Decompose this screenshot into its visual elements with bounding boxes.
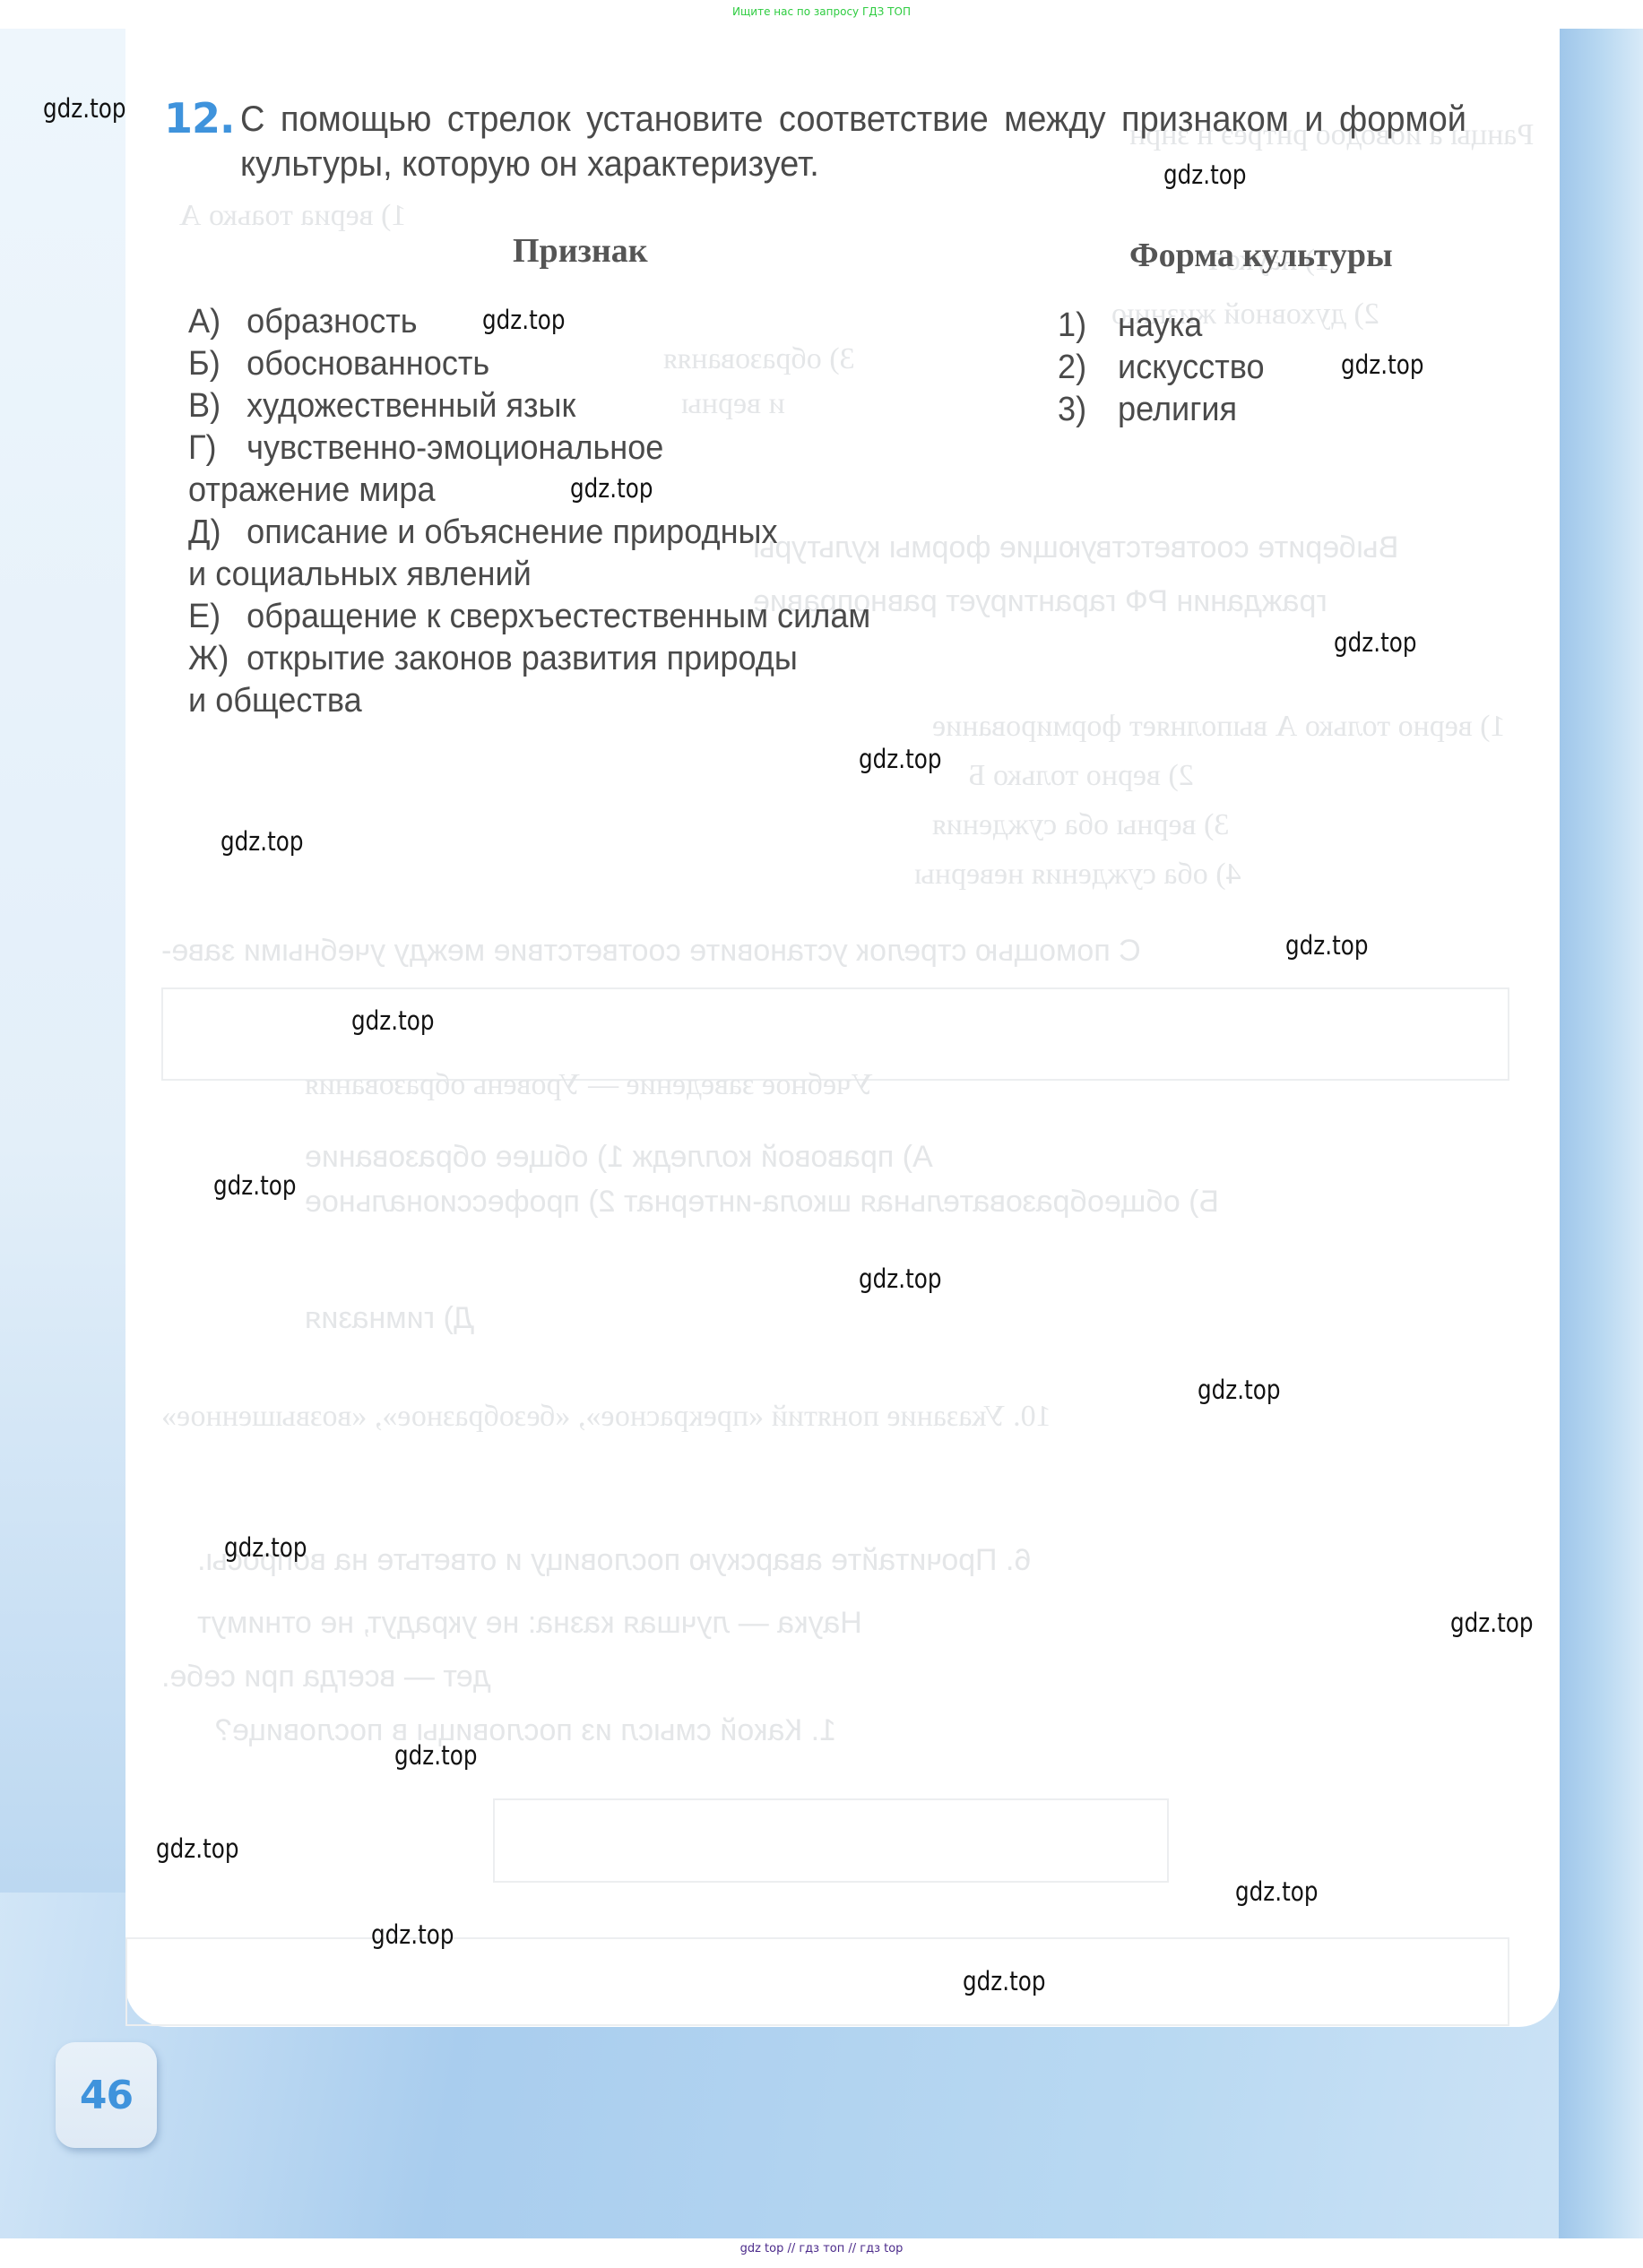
form-label: 1) — [1058, 305, 1109, 347]
feature-item: Д) описание и объяснение природных — [188, 512, 870, 554]
form-label: 2) — [1058, 347, 1109, 389]
bleed-through-text: С помощью стрелок установите соответстви… — [161, 934, 1141, 969]
bleed-through-text: А) правовой колледж 1) общее образование — [305, 1140, 933, 1175]
task-instruction: С помощью стрелок установите соответстви… — [240, 97, 1466, 186]
bleed-through-text: 1) вериа тоаько А — [179, 199, 406, 233]
feature-label: Е) — [188, 596, 238, 638]
bleed-through-text: 2) верно только Б — [968, 759, 1194, 793]
feature-text: описание и объяснение природных — [238, 513, 777, 551]
footer-text: gdz top // гдз топ // гдз top — [0, 2242, 1643, 2255]
features-list: А) образностьБ) обоснованностьВ) художес… — [188, 301, 906, 722]
feature-text: художественный язык — [238, 387, 575, 425]
feature-label: Д) — [188, 512, 238, 554]
bleed-through-text: Д) гимназия — [305, 1301, 474, 1336]
bleed-through-text: 3) верны оба суждения — [932, 808, 1229, 842]
feature-item: Е) обращение к сверхъестественным силам — [188, 596, 870, 638]
bleed-through-text: Учебное заведение — Уровень образования — [305, 1068, 873, 1102]
bleed-through-text: 1. Какой смысл из пословицы в пословице? — [215, 1713, 836, 1748]
watermark: gdz.top — [371, 1919, 454, 1950]
form-text: наука — [1109, 306, 1202, 344]
bleed-through-text: 4) оба суждения неверны — [914, 858, 1241, 892]
bleed-through-text: 6. Прочитайте аварскую пословицу и ответ… — [197, 1543, 1031, 1578]
feature-label: В) — [188, 385, 238, 427]
feature-text: обоснованность — [238, 345, 489, 383]
watermark: gdz.top — [1285, 930, 1368, 961]
form-label: 3) — [1058, 389, 1109, 431]
bleed-through-box — [125, 1937, 1509, 2026]
bleed-through-box — [493, 1798, 1169, 1883]
watermark: gdz.top — [859, 744, 941, 774]
watermark: gdz.top — [224, 1532, 307, 1563]
feature-item: Ж) открытие законов развития природы — [188, 638, 870, 680]
bleed-through-text: 10. Указание понятий «прекрасное», «безо… — [161, 1400, 1051, 1434]
watermark: gdz.top — [156, 1833, 238, 1864]
feature-label: А) — [188, 301, 238, 343]
bleed-through-text: Б) общеобразовательная школа-интернат 2)… — [305, 1185, 1219, 1220]
form-item: 1) наука — [1058, 305, 1265, 347]
watermark: gdz.top — [1341, 349, 1423, 380]
page-left-margin — [0, 29, 130, 1893]
feature-label: Ж) — [188, 638, 238, 680]
task-number: 12. — [164, 94, 235, 142]
feature-text-continuation: и общества — [188, 682, 362, 720]
feature-text: образность — [238, 303, 417, 341]
watermark: gdz.top — [859, 1263, 941, 1294]
feature-item: В) художественный язык — [188, 385, 870, 427]
page-number-badge: 46 — [56, 2042, 157, 2148]
forms-list: 1) наука2) искусство3) религия — [1058, 305, 1275, 431]
watermark: gdz.top — [394, 1740, 477, 1771]
watermark: gdz.top — [1235, 1876, 1318, 1907]
feature-item: Г) чувственно-эмоциональное — [188, 427, 870, 470]
form-text: искусство — [1109, 349, 1265, 386]
feature-text-continuation: отражение мира — [188, 471, 436, 509]
watermark: gdz.top — [1334, 627, 1416, 658]
feature-item: Б) обоснованность — [188, 343, 870, 385]
watermark: gdz.top — [482, 305, 565, 335]
feature-text-continuation: и социальных явлений — [188, 556, 532, 593]
features-heading: Признак — [513, 231, 648, 271]
watermark: gdz.top — [43, 93, 125, 124]
watermark: gdz.top — [213, 1170, 296, 1201]
watermark: gdz.top — [1198, 1375, 1280, 1405]
feature-text: чувственно-эмоциональное — [238, 429, 663, 467]
watermark: gdz.top — [1163, 160, 1246, 190]
feature-item: и общества — [188, 680, 870, 722]
watermark: gdz.top — [221, 826, 303, 857]
bleed-through-text: дет — всегда при себе. — [161, 1660, 490, 1695]
form-text: религия — [1109, 391, 1237, 428]
feature-label: Г) — [188, 427, 238, 470]
watermark: gdz.top — [351, 1005, 434, 1036]
page-number: 46 — [80, 2073, 133, 2118]
watermark: gdz.top — [963, 1966, 1045, 1996]
form-item: 2) искусство — [1058, 347, 1265, 389]
bleed-through-text: Наука — лучшая казна: не украдут, не отн… — [197, 1606, 862, 1641]
feature-label: Б) — [188, 343, 238, 385]
feature-item: отражение мира — [188, 470, 870, 512]
forms-heading: Форма культуры — [1129, 236, 1393, 275]
form-item: 3) религия — [1058, 389, 1265, 431]
bleed-through-text: 1) верно только А выполняет формирование — [932, 710, 1506, 744]
feature-item: и социальных явлений — [188, 554, 870, 596]
feature-text: открытие законов развития природы — [238, 640, 798, 677]
watermark: gdz.top — [570, 473, 653, 504]
search-hint: Ищите нас по запросу ГДЗ ТОП — [0, 5, 1643, 18]
watermark: gdz.top — [1450, 1608, 1533, 1638]
feature-text: обращение к сверхъестественным силам — [238, 598, 870, 635]
